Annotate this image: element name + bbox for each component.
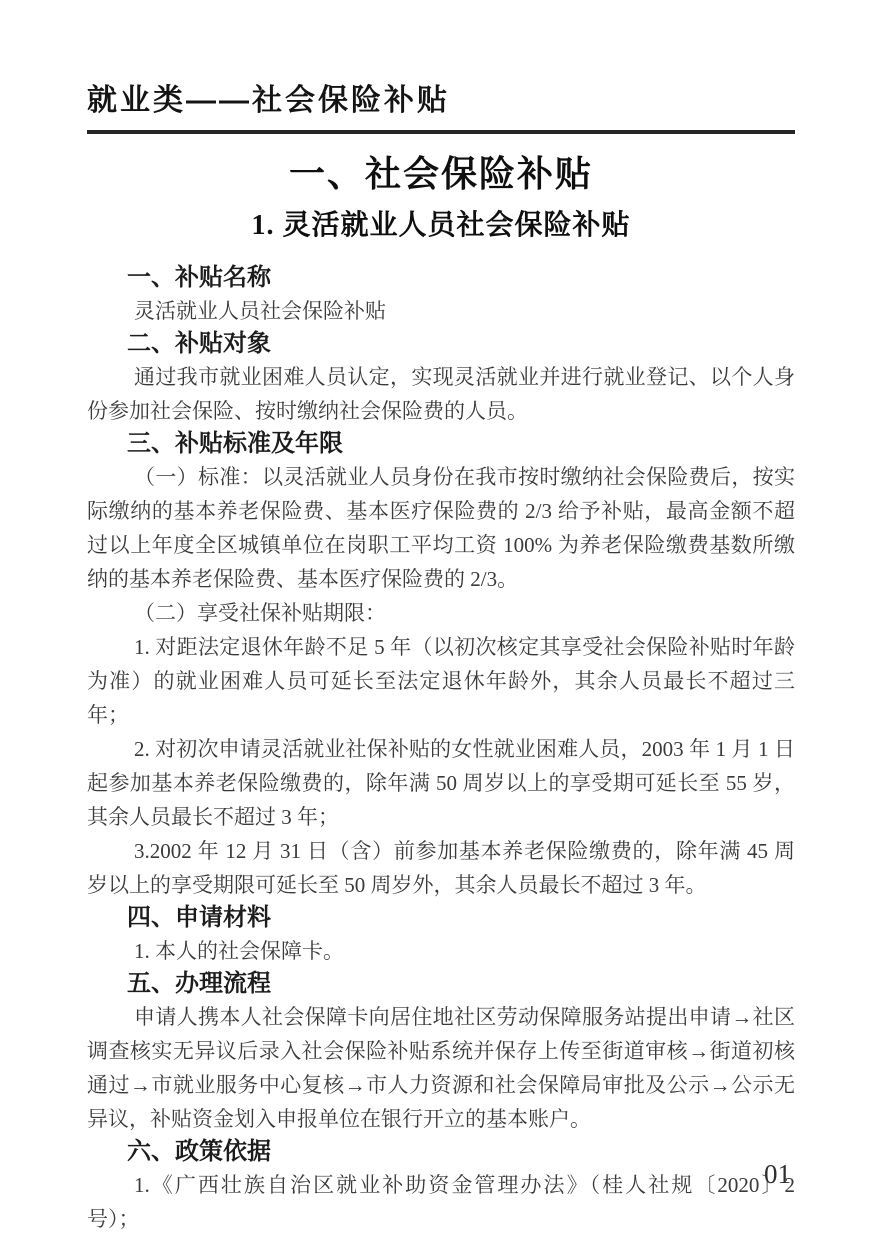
section-heading-2: 二、补贴对象: [87, 328, 795, 360]
section-process: 五、办理流程 申请人携本人社会保障卡向居住地社区劳动保障服务站提出申请→社区调查…: [87, 968, 795, 1136]
paragraph: 3.2002 年 12 月 31 日（含）前参加基本养老保险缴费的，除年满 45…: [87, 834, 795, 902]
paragraph: （一）标准：以灵活就业人员身份在我市按时缴纳社会保险费后，按实际缴纳的基本养老保…: [87, 460, 795, 596]
document-page: 就业类——社会保险补贴 一、社会保险补贴 1. 灵活就业人员社会保险补贴 一、补…: [0, 0, 875, 1241]
document-title: 一、社会保险补贴: [87, 152, 795, 196]
section-application-materials: 四、申请材料 1. 本人的社会保障卡。: [87, 902, 795, 968]
paragraph: 1.《广西壮族自治区就业补助资金管理办法》（桂人社规〔2020〕2 号）；: [87, 1168, 795, 1236]
section-heading-1: 一、补贴名称: [87, 262, 795, 294]
header-rule: [87, 130, 795, 134]
paragraph: 2. 对初次申请灵活就业社保补贴的女性就业困难人员，2003 年 1 月 1 日…: [87, 732, 795, 834]
section-heading-4: 四、申请材料: [87, 902, 795, 934]
section-benefit-name: 一、补贴名称 灵活就业人员社会保险补贴: [87, 262, 795, 328]
paragraph: 灵活就业人员社会保险补贴: [87, 294, 795, 328]
document-body: 一、补贴名称 灵活就业人员社会保险补贴 二、补贴对象 通过我市就业困难人员认定，…: [87, 262, 795, 1236]
paragraph: 1. 本人的社会保障卡。: [87, 934, 795, 968]
section-benefit-target: 二、补贴对象 通过我市就业困难人员认定，实现灵活就业并进行就业登记、以个人身份参…: [87, 328, 795, 428]
paragraph: 1. 对距法定退休年龄不足 5 年（以初次核定其享受社会保险补贴时年龄为准）的就…: [87, 630, 795, 732]
section-benefit-standard: 三、补贴标准及年限 （一）标准：以灵活就业人员身份在我市按时缴纳社会保险费后，按…: [87, 428, 795, 902]
section-heading-3: 三、补贴标准及年限: [87, 428, 795, 460]
paragraph: （二）享受社保补贴期限：: [87, 596, 795, 630]
paragraph: 申请人携本人社会保障卡向居住地社区劳动保障服务站提出申请→社区调查核实无异议后录…: [87, 1000, 795, 1136]
paragraph: 通过我市就业困难人员认定，实现灵活就业并进行就业登记、以个人身份参加社会保险、按…: [87, 360, 795, 428]
page-header-label: 就业类——社会保险补贴: [87, 84, 795, 118]
section-heading-5: 五、办理流程: [87, 968, 795, 1000]
section-heading-6: 六、政策依据: [87, 1136, 795, 1168]
document-subtitle: 1. 灵活就业人员社会保险补贴: [87, 208, 795, 244]
page-number: 01: [764, 1159, 791, 1189]
section-policy-basis: 六、政策依据 1.《广西壮族自治区就业补助资金管理办法》（桂人社规〔2020〕2…: [87, 1136, 795, 1236]
